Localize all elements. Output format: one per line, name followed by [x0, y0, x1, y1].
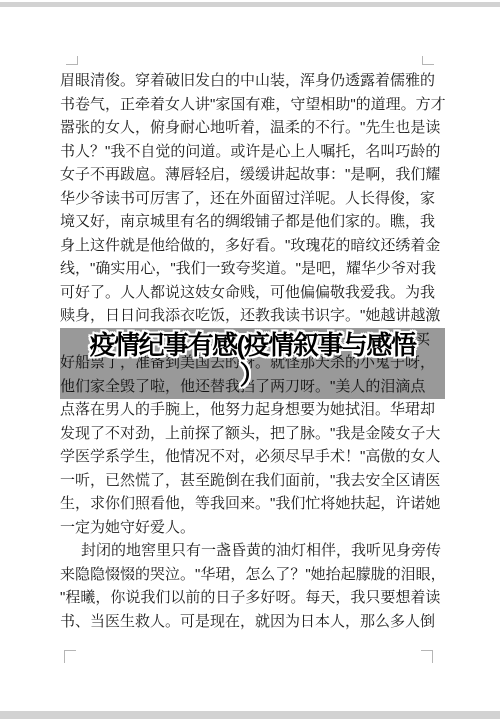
text-line: 书卷气，正牵着女人讲"家国有难，守望相助"的道理。方才 — [60, 93, 438, 117]
text-line: 赎身，日日问我添衣吃饭，还教我读书识字。"她越讲越激 — [60, 304, 438, 328]
document-page: 眉眼清俊。穿着破旧发白的中山装，浑身仍透露着儒雅的书卷气，正牵着女人讲"家国有难… — [0, 0, 500, 725]
text-line: 生，求你们照看他，等我回来。"我们忙将她扶起，许诺她 — [60, 492, 438, 516]
text-line: 华少爷读书可厉害了，还在外面留过洋呢。人长得俊，家 — [60, 187, 438, 211]
text-line: 一定为她守好爱人。 — [60, 516, 438, 540]
page-title-line2: ） — [60, 361, 445, 389]
text-line: 书、当医生救人。可是现在，就因为日本人，那么多人倒 — [60, 610, 438, 634]
text-line: 一听，已然慌了，甚至跪倒在我们面前，"我去安全区请医 — [60, 469, 438, 493]
text-line: 境又好，南京城里有名的绸缎铺子都是他们家的。瞧，我 — [60, 210, 438, 234]
text-boundary-mark-top-left — [66, 56, 78, 65]
text-line: 眉眼清俊。穿着破旧发白的中山装，浑身仍透露着儒雅的 — [60, 69, 438, 93]
text-line: 点落在男人的手腕上，他努力起身想要为她拭泪。华珺却 — [60, 398, 438, 422]
text-line: 书人？"我不自觉的问道。或许是心上人嘱托，名叫巧龄的 — [60, 140, 438, 164]
text-line: 身上这件就是他给做的，多好看。"玫瑰花的暗纹还绣着金 — [60, 234, 438, 258]
page-edge-top-bar — [0, 2, 500, 7]
text-line: 可好了。人人都说这妓女命贱，可他偏偏敬我爱我。为我 — [60, 281, 438, 305]
text-boundary-mark-top-right — [422, 56, 434, 65]
text-line: 嚣张的女人，俯身耐心地听着，温柔的不行。"先生也是读 — [60, 116, 438, 140]
text-line: 线，"确实用心，"我们一致夸奖道。"是吧，耀华少爷对我 — [60, 257, 438, 281]
text-line: 来隐隐惙惙的哭泣。"华珺，怎么了？"她抬起朦胧的泪眼， — [60, 563, 438, 587]
page-edge-bottom-bar — [0, 711, 500, 719]
page-title-line1: 疫情纪事有感(疫情叙事与感悟 — [60, 329, 445, 361]
text-line: 封闭的地窖里只有一盏昏黄的油灯相伴，我听见身旁传 — [60, 539, 438, 563]
text-boundary-mark-bottom-right — [421, 650, 433, 663]
text-line: 学医学系学生，他情况不对，必须尽早手术！"高傲的女人 — [60, 445, 438, 469]
text-line: 发现了不对劲，上前探了额头，把了脉。"我是金陵女子大 — [60, 422, 438, 446]
text-line: "程曦，你说我们以前的日子多好呀。每天，我只要想着读 — [60, 586, 438, 610]
text-line: 女子不再跋扈。薄唇轻启，缓缓讲起故事："是啊，我们耀 — [60, 163, 438, 187]
title-overlay: 疫情纪事有感(疫情叙事与感悟 ） — [60, 329, 445, 389]
text-boundary-mark-bottom-left — [64, 650, 76, 663]
